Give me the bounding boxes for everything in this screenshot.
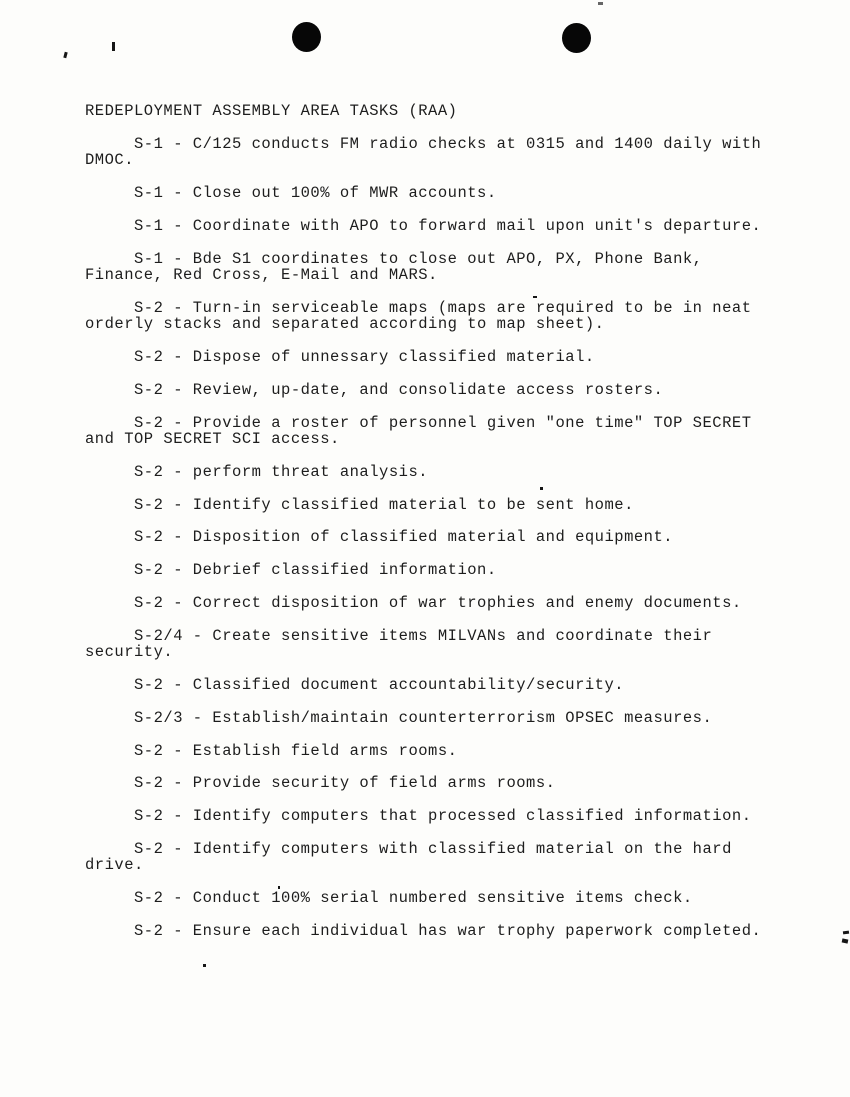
scan-speck xyxy=(112,42,115,51)
scan-speck xyxy=(203,964,206,967)
scan-speck xyxy=(63,52,67,59)
scan-speck xyxy=(842,938,849,943)
binder-hole-mark-left xyxy=(292,22,321,52)
task-item: S-2 - Conduct 100% serial numbered sensi… xyxy=(85,890,777,906)
task-item: S-1 - Coordinate with APO to forward mai… xyxy=(85,218,777,234)
task-item: S-2 - Identify classified material to be… xyxy=(85,497,777,513)
task-item: S-2/4 - Create sensitive items MILVANs a… xyxy=(85,628,777,661)
task-item: S-1 - Close out 100% of MWR accounts. xyxy=(85,185,777,201)
task-item: S-2 - Ensure each individual has war tro… xyxy=(85,923,777,939)
scan-speck xyxy=(598,2,603,5)
document-title: REDEPLOYMENT ASSEMBLY AREA TASKS (RAA) xyxy=(85,103,777,119)
task-item: S-2 - perform threat analysis. xyxy=(85,464,777,480)
binder-hole-mark-right xyxy=(562,23,591,53)
task-item: S-2 - Correct disposition of war trophie… xyxy=(85,595,777,611)
task-item: S-2 - Provide security of field arms roo… xyxy=(85,775,777,791)
task-item: S-2 - Dispose of unnessary classified ma… xyxy=(85,349,777,365)
task-item: S-2 - Disposition of classified material… xyxy=(85,529,777,545)
task-item: S-2 - Identify computers that processed … xyxy=(85,808,777,824)
task-item: S-2 - Turn-in serviceable maps (maps are… xyxy=(85,300,777,333)
task-item: S-1 - C/125 conducts FM radio checks at … xyxy=(85,136,777,169)
task-item: S-2/3 - Establish/maintain counterterror… xyxy=(85,710,777,726)
task-item: S-2 - Provide a roster of personnel give… xyxy=(85,415,777,448)
task-item: S-2 - Debrief classified information. xyxy=(85,562,777,578)
task-item: S-2 - Establish field arms rooms. xyxy=(85,743,777,759)
task-item: S-2 - Classified document accountability… xyxy=(85,677,777,693)
task-item: S-2 - Review, up-date, and consolidate a… xyxy=(85,382,777,398)
task-item: S-2 - Identify computers with classified… xyxy=(85,841,777,874)
scan-speck xyxy=(843,931,849,935)
scanned-document-page: REDEPLOYMENT ASSEMBLY AREA TASKS (RAA) S… xyxy=(0,0,850,1097)
document-body: REDEPLOYMENT ASSEMBLY AREA TASKS (RAA) S… xyxy=(85,103,777,956)
task-item: S-1 - Bde S1 coordinates to close out AP… xyxy=(85,251,777,284)
